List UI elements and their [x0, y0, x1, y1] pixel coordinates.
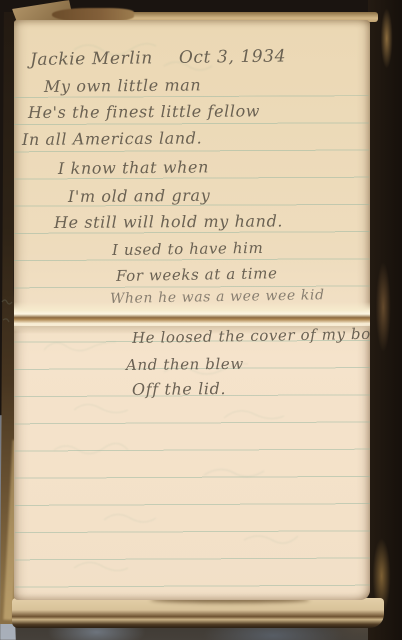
title-line: Jackie MerlinOct 3, 1934: [30, 46, 286, 70]
edge-pen-marks: [0, 296, 14, 330]
page-stack-right-edge: [368, 0, 402, 640]
poem-line: He still will hold my hand.: [54, 211, 283, 232]
author-name: Jackie Merlin: [30, 48, 153, 70]
poem-line: I'm old and gray: [68, 186, 210, 206]
poem-line: And then blew: [126, 355, 244, 374]
poem-line: I used to have him: [112, 239, 264, 259]
poem-line: For weeks at a time: [116, 264, 278, 285]
journal-page: Jackie MerlinOct 3, 1934 My own little m…: [14, 20, 370, 600]
photo-of-journal: Jackie MerlinOct 3, 1934 My own little m…: [0, 0, 402, 640]
entry-date: Oct 3, 1934: [179, 46, 286, 67]
poem-line: He's the finest little fellow: [28, 101, 260, 122]
poem-line: My own little man: [44, 75, 201, 96]
poem-line: In all Americas land.: [22, 128, 202, 149]
poem-line: Off the lid.: [132, 379, 226, 399]
poem-line: I know that when: [58, 157, 209, 178]
